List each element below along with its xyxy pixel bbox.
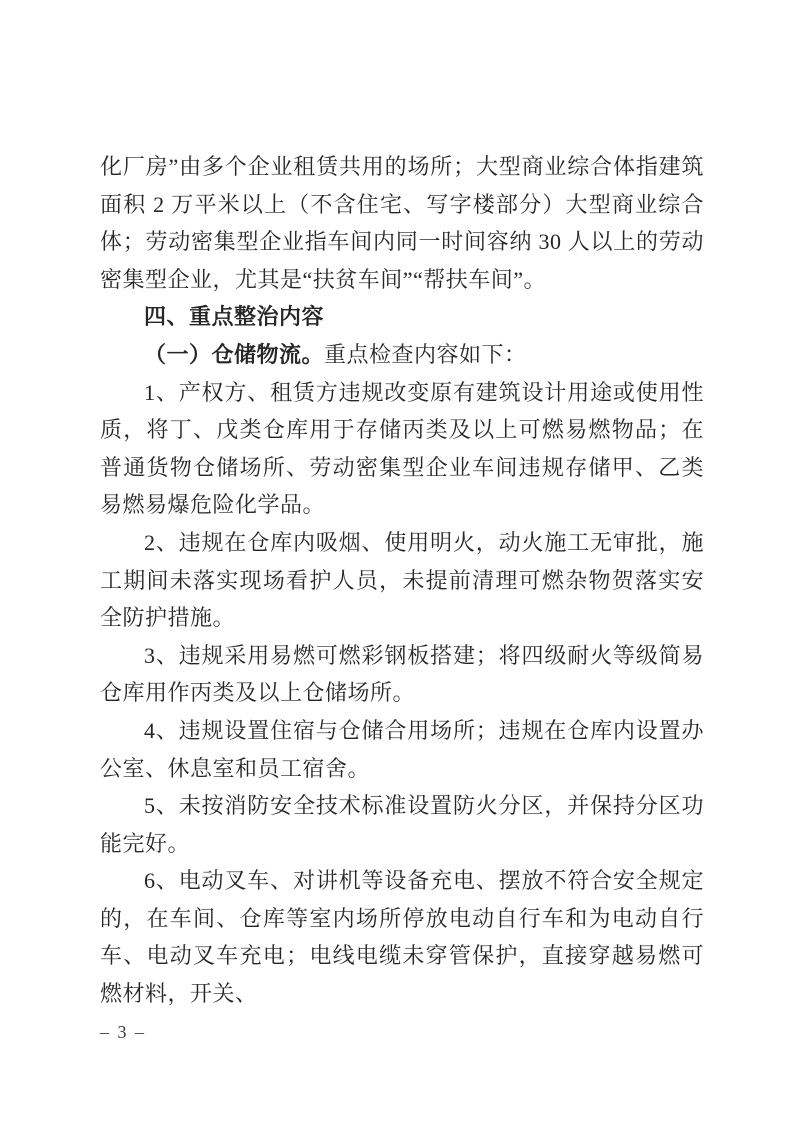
list-item-6: 6、电动叉车、对讲机等设备充电、摆放不符合安全规定的，在车间、仓库等室内场所停放… — [100, 862, 704, 1012]
list-item-1: 1、产权方、租赁方违规改变原有建筑设计用途或使用性质，将丁、戊类仓库用于存储丙类… — [100, 374, 704, 524]
list-item-2: 2、违规在仓库内吸烟、使用明火，动火施工无审批，施工期间未落实现场看护人员，未提… — [100, 524, 704, 637]
subsection-text: 重点检查内容如下： — [324, 342, 527, 367]
section-heading: 四、重点整治内容 — [100, 298, 704, 336]
list-item-4: 4、违规设置住宿与仓储合用场所；违规在仓库内设置办公室、休息室和员工宿舍。 — [100, 712, 704, 787]
subsection-title: （一）仓储物流。 — [144, 342, 324, 367]
scanned-document-page: 化厂房”由多个企业租赁共用的场所；大型商业综合体指建筑面积 2 万平米以上（不含… — [0, 0, 793, 1122]
subsection-paragraph: （一）仓储物流。重点检查内容如下： — [100, 336, 704, 374]
list-item-3: 3、违规采用易燃可燃彩钢板搭建；将四级耐火等级简易仓库用作丙类及以上仓储场所。 — [100, 637, 704, 712]
page-number: – 3 – — [100, 1022, 146, 1043]
list-item-5: 5、未按消防安全技术标准设置防火分区，并保持分区功能完好。 — [100, 787, 704, 862]
intro-continuation-paragraph: 化厂房”由多个企业租赁共用的场所；大型商业综合体指建筑面积 2 万平米以上（不含… — [100, 148, 704, 298]
document-body: 化厂房”由多个企业租赁共用的场所；大型商业综合体指建筑面积 2 万平米以上（不含… — [100, 148, 704, 1013]
